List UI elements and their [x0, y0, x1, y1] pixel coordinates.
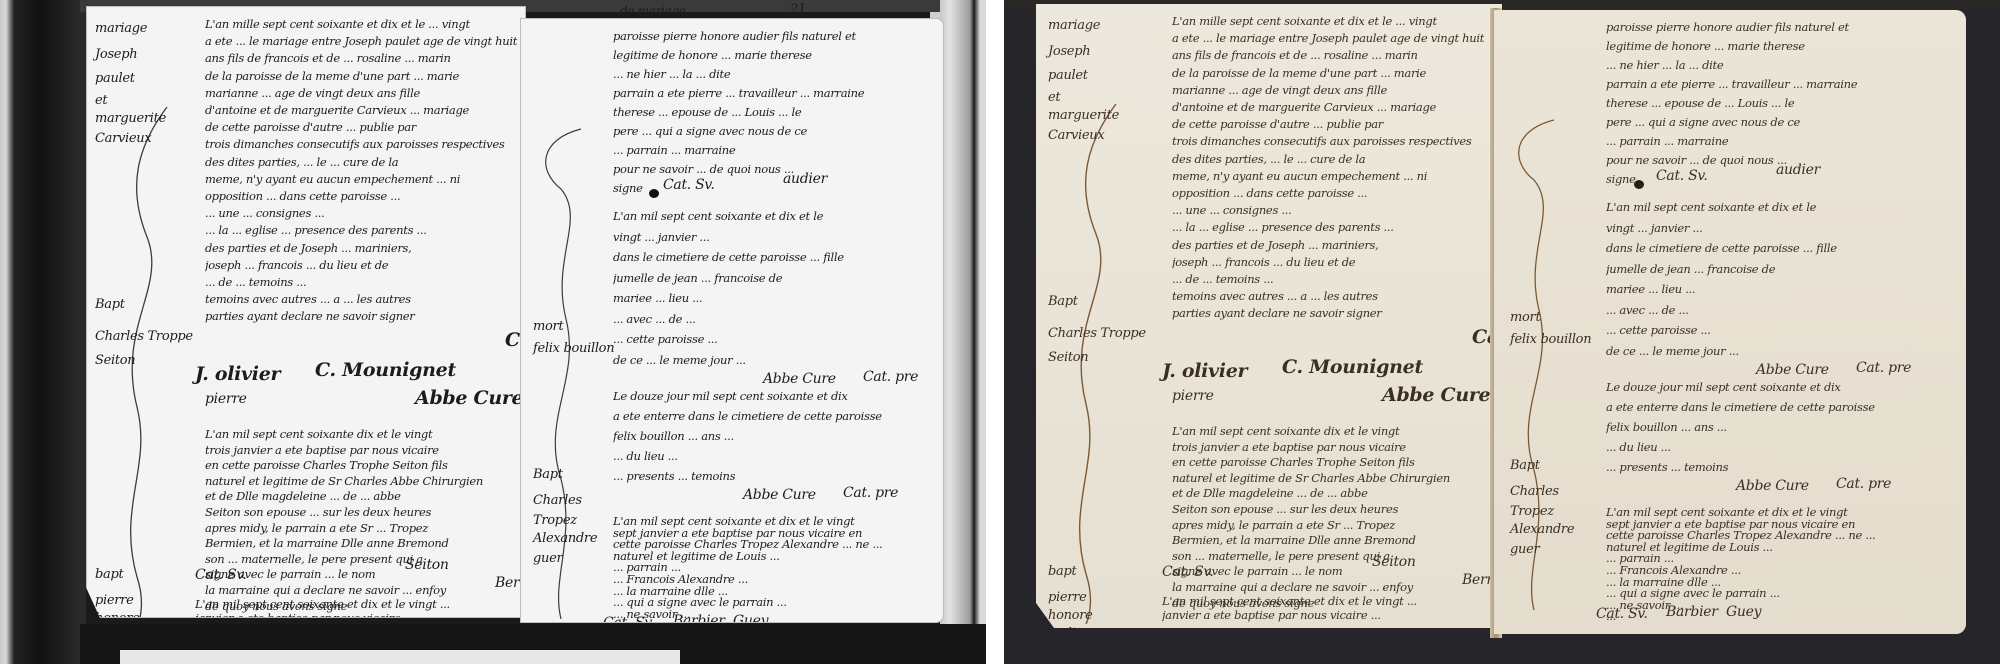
entry-line: Le douze jour mil sept cent soixante et … [613, 389, 939, 403]
margin-note: honore [1048, 608, 1093, 623]
entry-line: temoins avec autres ... a ... les autres [205, 292, 521, 306]
entry-line: vingt ... janvier ... [613, 230, 939, 244]
margin-note: Charles [1510, 484, 1559, 499]
margin-note: paulet [1048, 68, 1088, 83]
entry-line: dans le cimetiere de cette paroisse ... … [1606, 241, 1958, 255]
entry-line: ... la ... eglise ... presence des paren… [205, 223, 521, 237]
margin-note: honore [95, 611, 140, 618]
entry-line: L'an mil sept cent soixante dix et le vi… [1172, 424, 1498, 438]
entry-line: de ce ... le meme jour ... [613, 353, 939, 367]
signature: Seiton [1372, 554, 1416, 570]
entry-line: jumelle de jean ... francoise de [1606, 262, 1958, 276]
entry-line: marianne ... age de vingt deux ans fille [1172, 83, 1498, 97]
entry-line: ... du lieu ... [613, 449, 939, 463]
entry-line: ... ne hier ... la ... dite [613, 67, 939, 81]
entry-line: d'antoine et de marguerite Carvieux ... … [205, 103, 521, 117]
margin-note: Tropez [1510, 504, 1554, 519]
entry-line: des dites parties, ... le ... cure de la [1172, 152, 1498, 166]
entry-line: ... de ... temoins ... [205, 275, 521, 289]
margin-note: Joseph [95, 47, 137, 62]
entry-line: signe avec le parrain ... le nom [1172, 564, 1498, 578]
signature: Barbier [1666, 604, 1718, 620]
entry-line: felix bouillon ... ans ... [613, 429, 939, 443]
entry-line: de cette paroisse d'autre ... publie par [205, 120, 521, 134]
signature: Seiton [405, 557, 449, 573]
entry-line: ... cette paroisse ... [1606, 323, 1958, 337]
signature: Guey [733, 613, 768, 623]
entry-line: L'an mil sept cent soixante et dix et le [613, 209, 939, 223]
entry-line: des dites parties, ... le ... cure de la [205, 155, 521, 169]
entry-line: parties ayant declare ne savoir signer [205, 309, 521, 323]
signature: Cat. Sv. [1162, 564, 1213, 580]
entry-line: ... parrain ... marraine [613, 143, 939, 157]
entry-line: et de Dlle magdeleine ... de ... abbe [205, 489, 521, 503]
entry-line: trois dimanches consecutifs aux paroisse… [1172, 134, 1498, 148]
entry-line: L'an mille sept cent soixante et dix et … [1172, 14, 1498, 28]
entry-line: et de Dlle magdeleine ... de ... abbe [1172, 486, 1498, 500]
entry-line: pere ... qui a signe avec nous de ce [613, 124, 939, 138]
margin-note: mariage [1048, 18, 1100, 33]
margin-note: guer [533, 551, 562, 566]
margin-note: Charles Troppe [1048, 326, 1146, 341]
signature: Cat. Sv. [195, 567, 246, 583]
margin-note: Seiton [1048, 350, 1088, 365]
entry-line: en cette paroisse Charles Trophe Seiton … [205, 458, 521, 472]
margin-note: Bapt [95, 297, 125, 312]
margin-note: pierre [1048, 590, 1087, 605]
entry-line: meme, n'y ayant eu aucun empechement ...… [1172, 169, 1498, 183]
entry-line: son ... maternelle, le pere present qui … [205, 552, 521, 566]
margin-note: mort [533, 319, 563, 334]
entry-line: paroisse pierre honore audier fils natur… [613, 29, 939, 43]
margin-note: et [1048, 90, 1060, 105]
panel-divider [986, 0, 1004, 664]
entry-line: ... parrain ... marraine [1606, 134, 1958, 148]
margin-note: et [95, 93, 107, 108]
right-edge-strip [940, 0, 986, 664]
book-binding [0, 0, 86, 664]
signature: Abbe Cure [1756, 362, 1829, 378]
margin-note: bapt [1048, 564, 1076, 579]
entry-line: L'an mille sept cent soixante et dix et … [205, 17, 521, 31]
margin-note: Carvieux [1048, 128, 1104, 143]
signature: Cat. Sv. [1656, 168, 1707, 184]
entry-line: temoins avec autres ... a ... les autres [1172, 289, 1498, 303]
entry-line: therese ... epouse de ... Louis ... le [1606, 96, 1958, 110]
margin-note: mariage [95, 21, 147, 36]
entry-line: therese ... epouse de ... Louis ... le [613, 105, 939, 119]
signature: Guey [1726, 604, 1761, 620]
entry-line: dans le cimetiere de cette paroisse ... … [613, 250, 939, 264]
margin-note: Charles [533, 493, 582, 508]
entry-line: mariee ... lieu ... [613, 291, 939, 305]
signature: Barbier [673, 613, 725, 623]
margin-note: Bapt [1048, 294, 1078, 309]
margin-note: Seiton [95, 353, 135, 368]
entry-line: L'an mil sept cent soixante et dix et le… [1162, 594, 1488, 608]
entry-line: de la paroisse de la meme d'une part ...… [1172, 66, 1498, 80]
entry-line: L'an mil sept cent soixante et dix et le… [195, 597, 511, 611]
entry-line: ... [613, 618, 939, 623]
entry-line: legitime de honore ... marie therese [613, 48, 939, 62]
right-page: paroisse pierre honore audier fils natur… [1494, 10, 1966, 634]
entry-line: de ce ... le meme jour ... [1606, 344, 1958, 358]
entry-line: ... ne hier ... la ... dite [1606, 58, 1958, 72]
entry-line: ... presents ... temoins [1606, 460, 1958, 474]
entry-line: la marraine qui a declare ne savoir ... … [205, 583, 521, 597]
signature: Cat. pre [1836, 476, 1891, 492]
signature: audier [1776, 162, 1820, 178]
entry-line: legitime de honore ... marie therese [1606, 39, 1958, 53]
entry-line: signe avec le parrain ... le nom [205, 567, 521, 581]
entry-line: L'an mil sept cent soixante dix et le vi… [205, 427, 521, 441]
entry-line: naturel et legitime de Sr Charles Abbe C… [205, 474, 521, 488]
signature: C. Mounignet [315, 359, 456, 381]
entry-line: ... cette paroisse ... [613, 332, 939, 346]
entry-line: janvier a ete baptise par nous vicaire .… [195, 611, 511, 618]
entry-line: ... de ... temoins ... [1172, 272, 1498, 286]
entry-line: ... la ... eglise ... presence des paren… [1172, 220, 1498, 234]
entry-line: a ete ... le mariage entre Joseph paulet… [205, 34, 521, 48]
entry-line: en cette paroisse Charles Trophe Seiton … [1172, 455, 1498, 469]
entry-line: opposition ... dans cette paroisse ... [1172, 186, 1498, 200]
entry-line: meme, n'y ayant eu aucun empechement ...… [205, 172, 521, 186]
signature: J. olivier [1162, 360, 1247, 382]
entry-line: a ete ... le mariage entre Joseph paulet… [1172, 31, 1498, 45]
left-page: mariageJosephpauletetmargueriteCarvieux … [1036, 4, 1502, 628]
entry-line: signe [613, 181, 939, 195]
entry-line: paroisse pierre honore audier fils natur… [1606, 20, 1958, 34]
entry-line: Bermien, et la marraine Dlle anne Bremon… [1172, 533, 1498, 547]
entry-line: ans fils de francois et de ... rosaline … [205, 51, 521, 65]
entry-line: Bermien, et la marraine Dlle anne Bremon… [205, 536, 521, 550]
entry-line: apres midy, le parrain a ete Sr ... Trop… [205, 521, 521, 535]
entry-line: ... une ... consignes ... [1172, 203, 1498, 217]
entry-line: pere ... qui a signe avec nous de ce [1606, 115, 1958, 129]
margin-note: audier [1048, 626, 1089, 628]
entry-line: janvier a ete baptise par nous vicaire .… [1162, 608, 1488, 622]
signature: Cat. Sv. [663, 177, 714, 193]
margin-note: marguerite [95, 111, 166, 126]
entry-line: joseph ... francois ... du lieu et de [205, 258, 521, 272]
color-photo-panel: mariageJosephpauletetmargueriteCarvieux … [1004, 0, 2000, 664]
entry-line: Seiton son epouse ... sur les deux heure… [205, 505, 521, 519]
signature: Cat. Sv. [603, 615, 654, 623]
entry-line: de la paroisse de la meme d'une part ...… [205, 69, 521, 83]
signature: Abbe Cure [1736, 478, 1809, 494]
entry-line: ... une ... consignes ... [205, 206, 521, 220]
signature: audier [783, 171, 827, 187]
entry-line: vingt ... janvier ... [1606, 221, 1958, 235]
entry-line: ans fils de francois et de ... rosaline … [1172, 48, 1498, 62]
entry-line: ... du lieu ... [1606, 440, 1958, 454]
margin-note: felix bouillon [533, 341, 614, 356]
entry-line: parrain a ete pierre ... travailleur ...… [1606, 77, 1958, 91]
left-page: mariageJosephpauletetmargueriteCarvieux … [86, 6, 526, 618]
entry-line: parrain a ete pierre ... travailleur ...… [613, 86, 939, 100]
entry-line: felix bouillon ... ans ... [1606, 420, 1958, 434]
entry-line: des parties et de Joseph ... mariniers, [1172, 238, 1498, 252]
entry-line: parties ayant declare ne savoir signer [1172, 306, 1498, 320]
margin-note: felix bouillon [1510, 332, 1591, 347]
signature: Abbe Cure [743, 487, 816, 503]
signature: J. olivier [195, 363, 280, 385]
entry-line: Le douze jour mil sept cent soixante et … [1606, 380, 1958, 394]
entry-line: L'an mil sept cent soixante et dix et le [1606, 200, 1958, 214]
entry-line: trois janvier a ete baptise par nous vic… [1172, 440, 1498, 454]
entry-line: opposition ... dans cette paroisse ... [205, 189, 521, 203]
margin-note: guer [1510, 542, 1539, 557]
underlying-page-bottom [120, 650, 680, 664]
folio-number: 21 [790, 2, 806, 17]
entry-line: a ete enterre dans le cimetiere de cette… [1606, 400, 1958, 414]
entry-line: son ... maternelle, le pere present qui … [1172, 549, 1498, 563]
entry-line: jumelle de jean ... francoise de [613, 271, 939, 285]
entry-line: ... avec ... de ... [1606, 303, 1958, 317]
margin-note: Carvieux [95, 131, 151, 146]
entry-line: trois dimanches consecutifs aux paroisse… [205, 137, 521, 151]
signature: Cat. pre [863, 369, 918, 385]
signature: pierre [205, 391, 247, 407]
signature: Abbe Cure [1382, 384, 1490, 406]
entry-line: ... [1606, 609, 1958, 623]
entry-line: la marraine qui a declare ne savoir ... … [1172, 580, 1498, 594]
signature: C. Mounignet [1282, 356, 1423, 378]
entry-line: joseph ... francois ... du lieu et de [1172, 255, 1498, 269]
margin-note: Bapt [1510, 458, 1540, 473]
entry-line: ... avec ... de ... [613, 312, 939, 326]
entry-line: trois janvier a ete baptise par nous vic… [205, 443, 521, 457]
signature: Abbe Cure [763, 371, 836, 387]
signature: Cat. pre [1856, 360, 1911, 376]
entry-line: mariee ... lieu ... [1606, 282, 1958, 296]
margin-note: bapt [95, 567, 123, 582]
margin-note: mort [1510, 310, 1540, 325]
entry-line: ... presents ... temoins [613, 469, 939, 483]
entry-line: Seiton son epouse ... sur les deux heure… [1172, 502, 1498, 516]
margin-note: Bapt [533, 467, 563, 482]
signature: pierre [1172, 388, 1214, 404]
running-head: de mariage [620, 4, 686, 18]
signature: Cat. pre [843, 485, 898, 501]
margin-note: pierre [95, 593, 134, 608]
right-page: paroisse pierre honore audier fils natur… [520, 18, 944, 623]
margin-note: paulet [95, 71, 135, 86]
signature: Cat. Sv. [1596, 606, 1647, 622]
entry-line: a ete enterre dans le cimetiere de cette… [613, 409, 939, 423]
margin-note: Alexandre [1510, 522, 1574, 537]
entry-line: naturel et legitime de Sr Charles Abbe C… [1172, 471, 1498, 485]
margin-note: Tropez [533, 513, 577, 528]
grayscale-scan-panel: mariageJosephpauletetmargueriteCarvieux … [0, 0, 986, 664]
entry-line: de cette paroisse d'autre ... publie par [1172, 117, 1498, 131]
entry-line: pour ne savoir ... de quoi nous ... [613, 162, 939, 176]
entry-line: d'antoine et de marguerite Carvieux ... … [1172, 100, 1498, 114]
entry-line: marianne ... age de vingt deux ans fille [205, 86, 521, 100]
margin-note: Alexandre [533, 531, 597, 546]
entry-line: des parties et de Joseph ... mariniers, [205, 241, 521, 255]
signature: Abbe Cure [415, 387, 523, 409]
margin-note: marguerite [1048, 108, 1119, 123]
margin-note: Charles Troppe [95, 329, 193, 344]
entry-line: apres midy, le parrain a ete Sr ... Trop… [1172, 518, 1498, 532]
margin-note: Joseph [1048, 44, 1090, 59]
